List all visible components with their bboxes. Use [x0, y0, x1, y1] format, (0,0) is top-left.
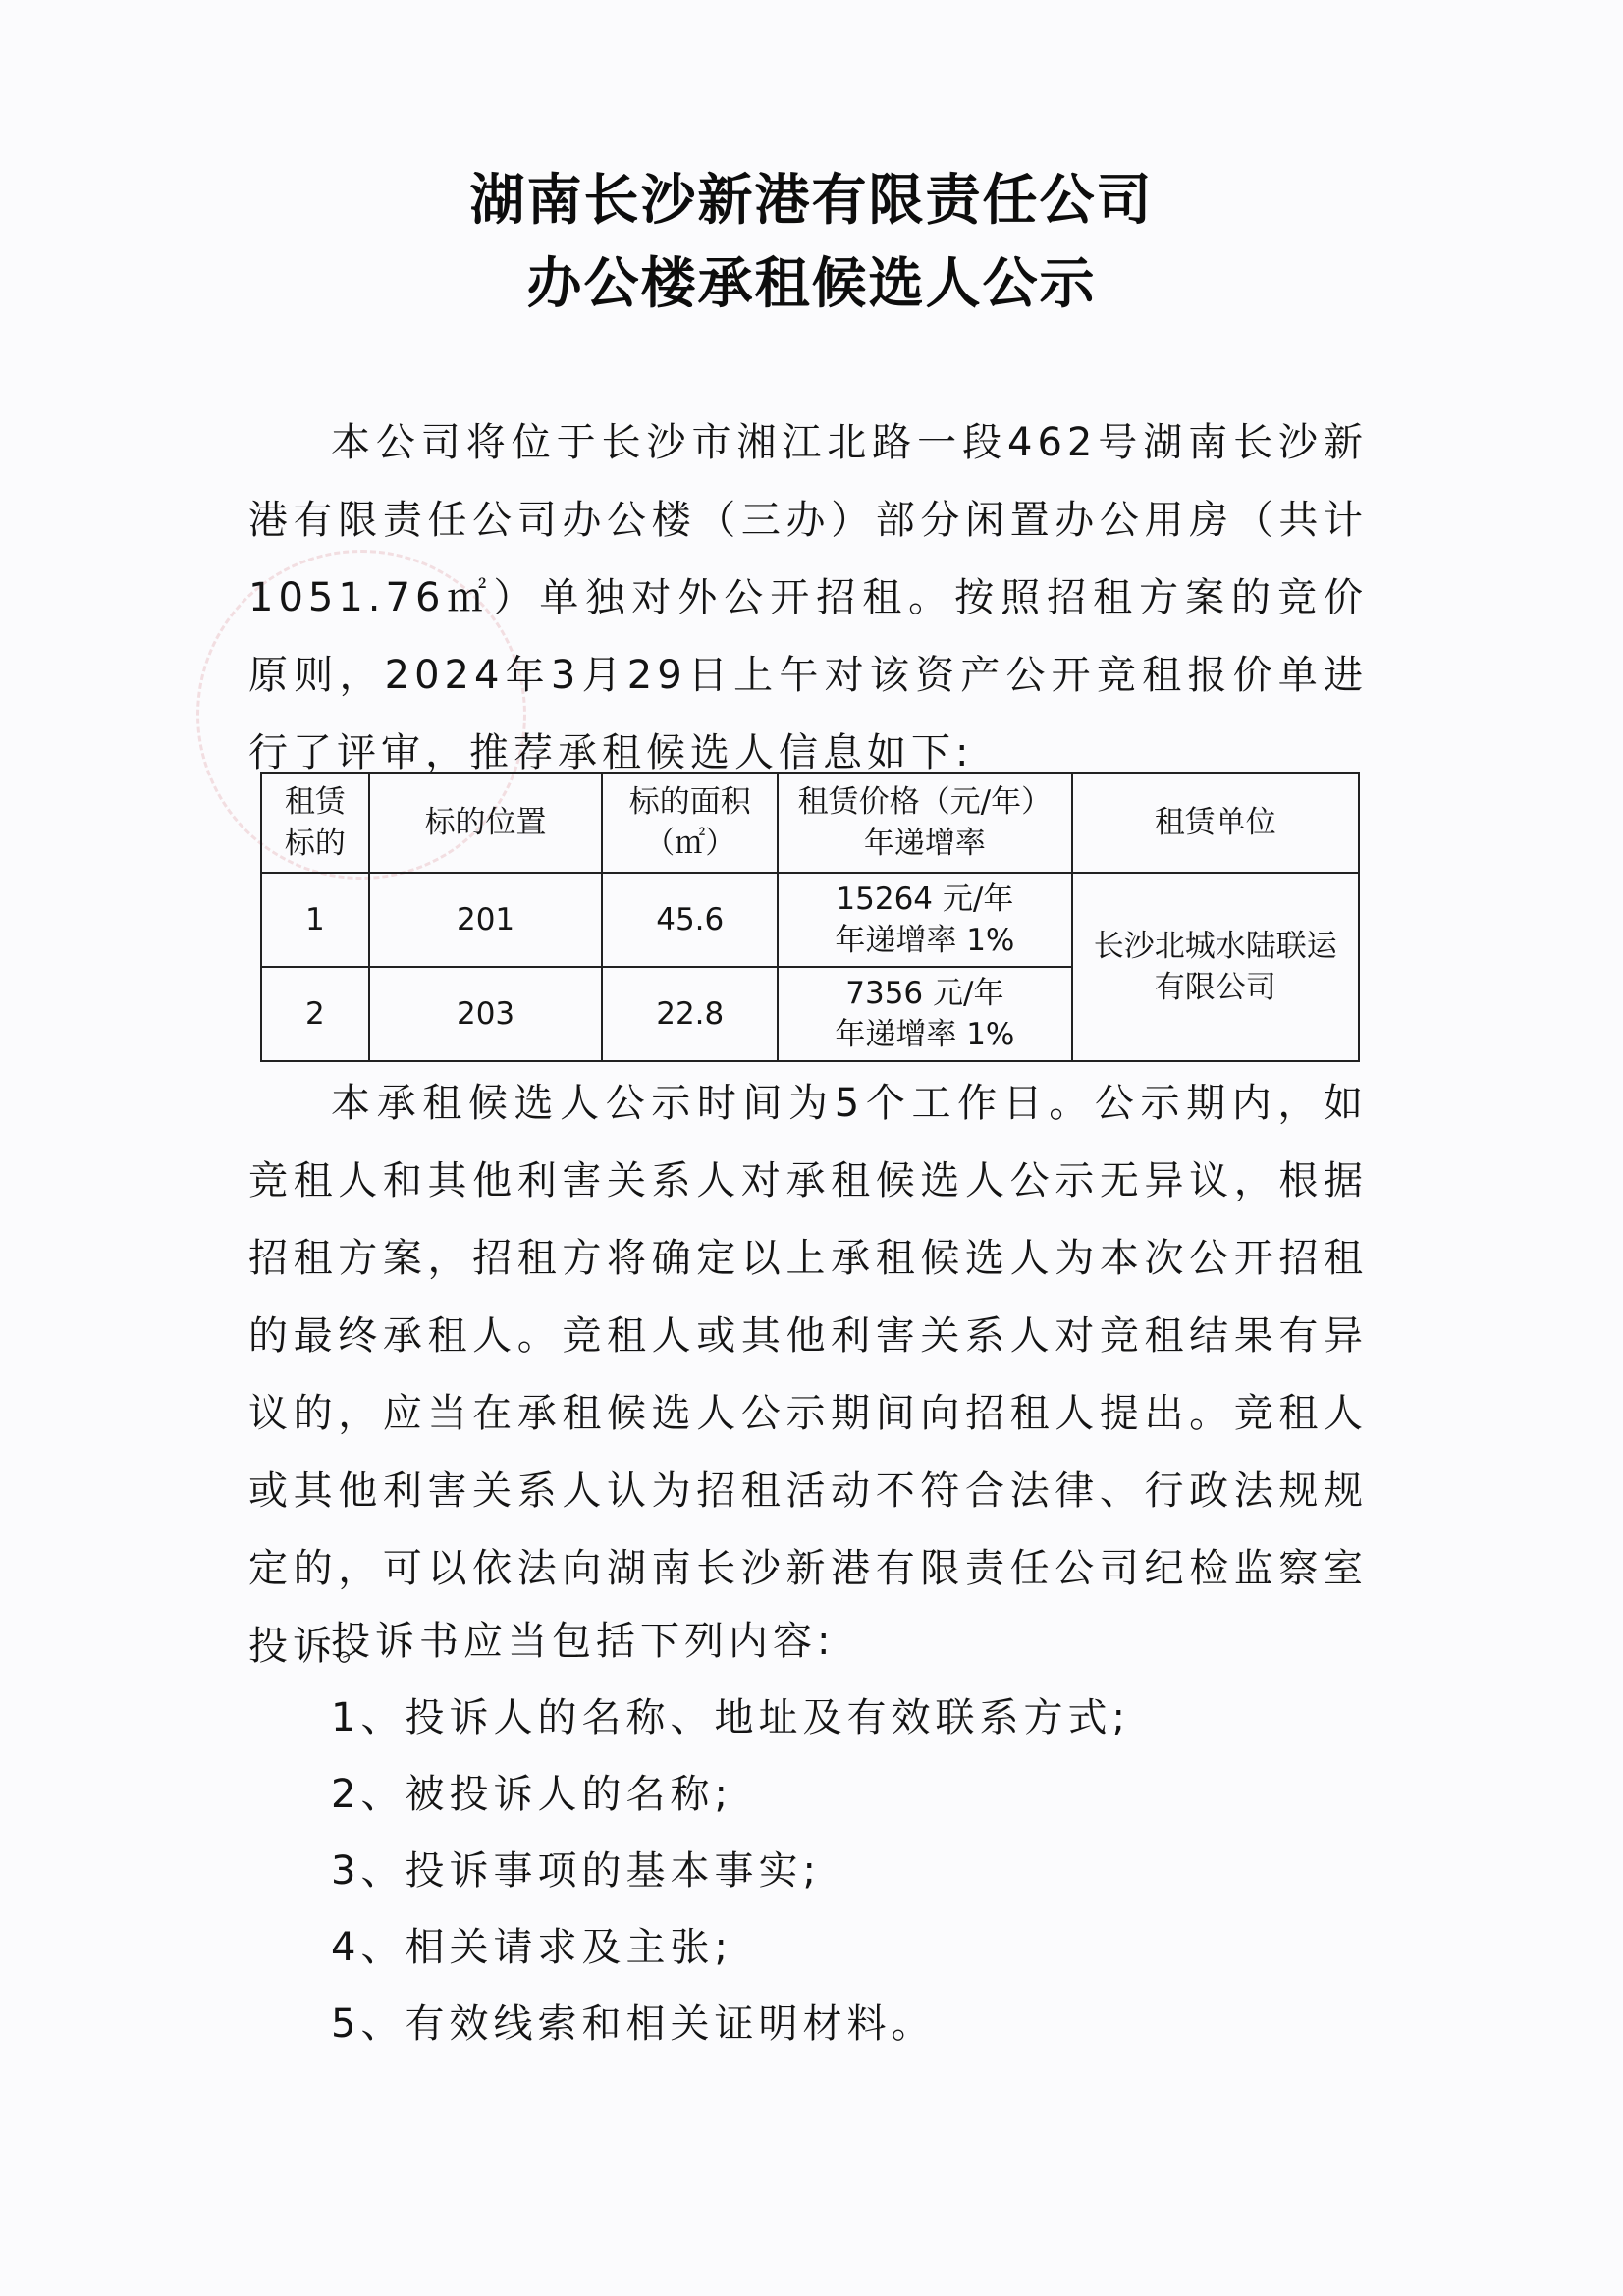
cell-location: 201 [369, 873, 603, 967]
document-title-line1: 湖南长沙新港有限责任公司 [0, 157, 1623, 236]
cell-tenant: 长沙北城水陆联运 有限公司 [1072, 873, 1359, 1061]
cell-area: 22.8 [602, 967, 778, 1061]
cell-area: 45.6 [602, 873, 778, 967]
table-row: 1 201 45.6 15264 元/年 年递增率 1% 长沙北城水陆联运 有限… [261, 873, 1359, 967]
header-lot: 租赁 标的 [261, 773, 369, 873]
candidate-table: 租赁 标的 标的位置 标的面积 （㎡） 租赁价格（元/年） 年递增率 租赁单位 … [260, 772, 1360, 1062]
cell-location: 203 [369, 967, 603, 1061]
document-title-line2: 办公楼承租候选人公示 [0, 240, 1623, 319]
complaint-item-2: 2、被投诉人的名称; [331, 1763, 732, 1819]
cell-lot: 1 [261, 873, 369, 967]
header-tenant: 租赁单位 [1072, 773, 1359, 873]
cell-price: 7356 元/年 年递增率 1% [778, 967, 1071, 1061]
intro-paragraph: 本公司将位于长沙市湘江北路一段462号湖南长沙新港有限责任公司办公楼（三办）部分… [248, 404, 1368, 792]
header-location: 标的位置 [369, 773, 603, 873]
cell-price: 15264 元/年 年递增率 1% [778, 873, 1071, 967]
notice-paragraph: 本承租候选人公示时间为5个工作日。公示期内，如竞租人和其他利害关系人对承租候选人… [248, 1065, 1368, 1685]
complaint-item-1: 1、投诉人的名称、地址及有效联系方式; [331, 1686, 1130, 1742]
complaint-item-5: 5、有效线索和相关证明材料。 [331, 1993, 935, 2049]
complaint-intro: 投诉书应当包括下列内容: [331, 1610, 835, 1666]
header-price: 租赁价格（元/年） 年递增率 [778, 773, 1071, 873]
complaint-item-3: 3、投诉事项的基本事实; [331, 1840, 821, 1896]
cell-lot: 2 [261, 967, 369, 1061]
header-area: 标的面积 （㎡） [602, 773, 778, 873]
table-header-row: 租赁 标的 标的位置 标的面积 （㎡） 租赁价格（元/年） 年递增率 租赁单位 [261, 773, 1359, 873]
complaint-item-4: 4、相关请求及主张; [331, 1916, 732, 1972]
